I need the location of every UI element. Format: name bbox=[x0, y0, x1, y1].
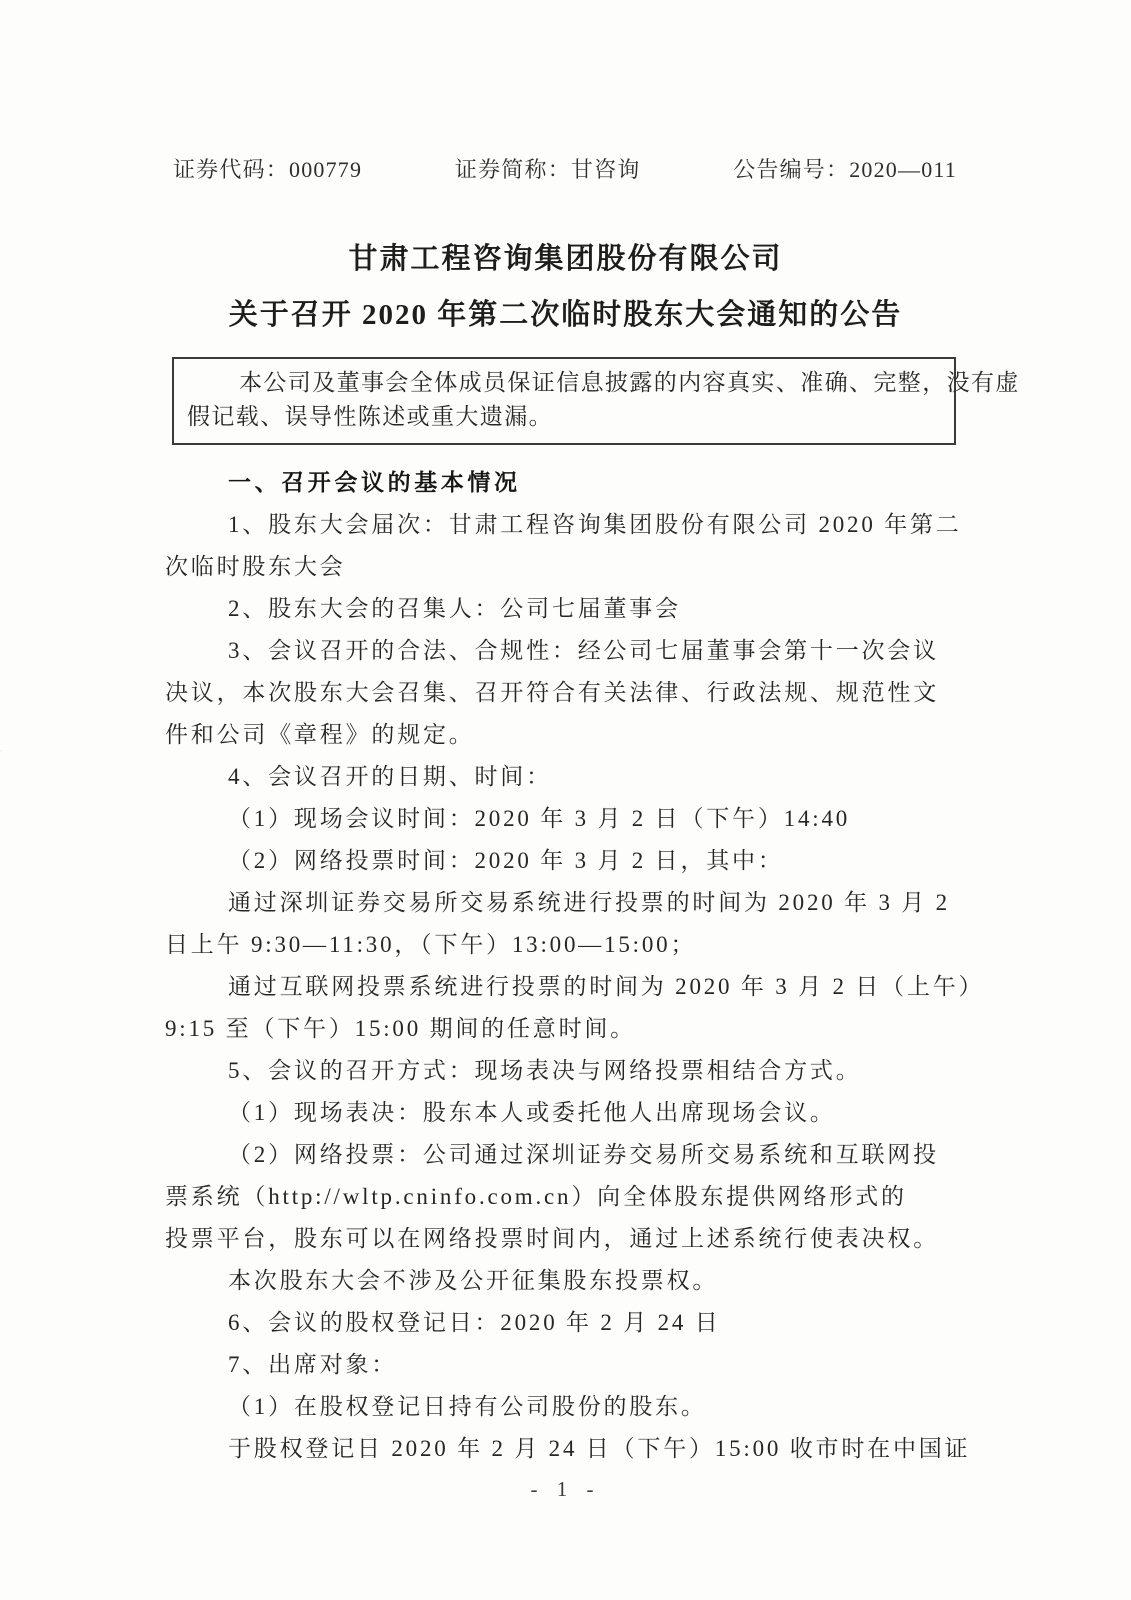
stock-abbr: 证券简称：甘咨询 bbox=[455, 153, 641, 184]
body-line: 6、会议的股权登记日：2020 年 2 月 24 日 bbox=[165, 1302, 957, 1344]
body-line: 件和公司《章程》的规定。 bbox=[165, 714, 957, 756]
body-line: （2）网络投票：公司通过深圳证券交易所交易系统和互联网投 bbox=[165, 1134, 957, 1176]
page-number: - 1 - bbox=[0, 1477, 1131, 1502]
body-line: 7、出席对象： bbox=[165, 1344, 957, 1386]
company-title: 甘肃工程咨询集团股份有限公司 bbox=[0, 236, 1131, 277]
body-line: （1）现场表决：股东本人或委托他人出席现场会议。 bbox=[165, 1092, 957, 1134]
body-line: （1）在股权登记日持有公司股份的股东。 bbox=[165, 1386, 957, 1428]
body-line: 票系统（http://wltp.cninfo.com.cn）向全体股东提供网络形… bbox=[165, 1176, 957, 1218]
document-page: 证券代码：000779 证券简称：甘咨询 公告编号：2020—011 甘肃工程咨… bbox=[0, 0, 1131, 1600]
notice-title: 关于召开 2020 年第二次临时股东大会通知的公告 bbox=[0, 292, 1131, 333]
body-line: 9:15 至（下午）15:00 期间的任意时间。 bbox=[165, 1008, 957, 1050]
document-body: 一、召开会议的基本情况1、股东大会届次：甘肃工程咨询集团股份有限公司 2020 … bbox=[165, 462, 957, 1470]
announcement-no: 公告编号：2020—011 bbox=[733, 153, 957, 184]
body-line: 2、股东大会的召集人：公司七届董事会 bbox=[165, 588, 957, 630]
body-line: 3、会议召开的合法、合规性：经公司七届董事会第十一次会议 bbox=[165, 630, 957, 672]
disclaimer-box: 本公司及董事会全体成员保证信息披露的内容真实、准确、完整，没有虚假记载、误导性陈… bbox=[172, 357, 956, 445]
body-line: 次临时股东大会 bbox=[165, 546, 957, 588]
body-line: 1、股东大会届次：甘肃工程咨询集团股份有限公司 2020 年第二 bbox=[165, 504, 957, 546]
body-line: 于股权登记日 2020 年 2 月 24 日（下午）15:00 收市时在中国证 bbox=[165, 1428, 957, 1470]
body-line: 决议，本次股东大会召集、召开符合有关法律、行政法规、规范性文 bbox=[165, 672, 957, 714]
body-line: 本次股东大会不涉及公开征集股东投票权。 bbox=[165, 1260, 957, 1302]
body-line: 日上午 9:30—11:30，（下午）13:00—15:00； bbox=[165, 924, 957, 966]
body-line: 投票平台，股东可以在网络投票时间内，通过上述系统行使表决权。 bbox=[165, 1218, 957, 1260]
disclaimer-line: 本公司及董事会全体成员保证信息披露的内容真实、准确、完整，没有虚 bbox=[187, 366, 941, 400]
body-line: 4、会议召开的日期、时间： bbox=[165, 756, 957, 798]
body-line: （2）网络投票时间：2020 年 3 月 2 日，其中： bbox=[165, 840, 957, 882]
body-line: 一、召开会议的基本情况 bbox=[165, 462, 957, 504]
stock-code: 证券代码：000779 bbox=[173, 153, 362, 184]
body-line: 通过深圳证券交易所交易系统进行投票的时间为 2020 年 3 月 2 bbox=[165, 882, 957, 924]
body-line: 5、会议的召开方式：现场表决与网络投票相结合方式。 bbox=[165, 1050, 957, 1092]
body-line: 通过互联网投票系统进行投票的时间为 2020 年 3 月 2 日（上午） bbox=[165, 966, 957, 1008]
document-header: 证券代码：000779 证券简称：甘咨询 公告编号：2020—011 bbox=[173, 153, 957, 184]
body-line: （1）现场会议时间：2020 年 3 月 2 日（下午）14:40 bbox=[165, 798, 957, 840]
scan-artifact bbox=[0, 749, 16, 782]
disclaimer-line: 假记载、误导性陈述或重大遗漏。 bbox=[187, 400, 941, 434]
